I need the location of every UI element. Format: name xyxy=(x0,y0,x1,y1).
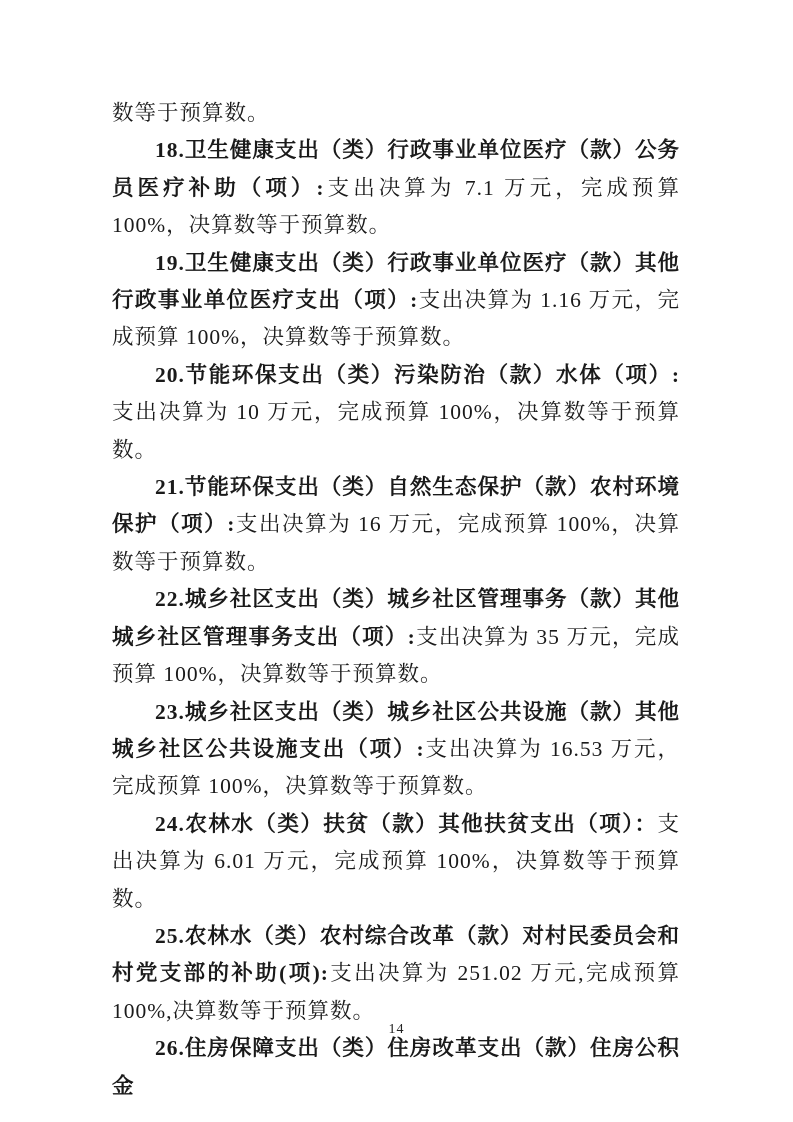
page-number: 14 xyxy=(0,1022,793,1038)
paragraph: 数等于预算数。 xyxy=(112,95,680,132)
paragraph: 23.城乡社区支出（类）城乡社区公共设施（款）其他城乡社区公共设施支出（项）:支… xyxy=(112,694,680,806)
paragraph-body: 支出决算为 10 万元，完成预算 100%，决算数等于预算数。 xyxy=(112,400,680,461)
paragraph-body: 数等于预算数。 xyxy=(112,101,270,125)
paragraph: 21.节能环保支出（类）自然生态保护（款）农村环境保护（项）:支出决算为 16 … xyxy=(112,469,680,581)
paragraph: 20.节能环保支出（类）污染防治（款）水体（项）:支出决算为 10 万元，完成预… xyxy=(112,357,680,469)
paragraph: 19.卫生健康支出（类）行政事业单位医疗（款）其他行政事业单位医疗支出（项）:支… xyxy=(112,245,680,357)
paragraph-head: 24.农林水（类）扶贫（款）其他扶贫支出（项）： xyxy=(155,812,657,836)
paragraph-head: 26.住房保障支出（类）住房改革支出（款）住房公积金 xyxy=(112,1036,680,1097)
paragraph-head: 20.节能环保支出（类）污染防治（款）水体（项）: xyxy=(155,363,680,387)
document-body-text: 数等于预算数。 18.卫生健康支出（类）行政事业单位医疗（款）公务员医疗补助（项… xyxy=(112,95,680,1105)
paragraph: 26.住房保障支出（类）住房改革支出（款）住房公积金 xyxy=(112,1030,680,1105)
document-page: 数等于预算数。 18.卫生健康支出（类）行政事业单位医疗（款）公务员医疗补助（项… xyxy=(0,0,793,1122)
paragraph: 25.农林水（类）农村综合改革（款）对村民委员会和村党支部的补助(项):支出决算… xyxy=(112,918,680,1030)
paragraph: 22.城乡社区支出（类）城乡社区管理事务（款）其他城乡社区管理事务支出（项）:支… xyxy=(112,581,680,693)
paragraph: 18.卫生健康支出（类）行政事业单位医疗（款）公务员医疗补助（项）:支出决算为 … xyxy=(112,132,680,244)
paragraph: 24.农林水（类）扶贫（款）其他扶贫支出（项）：支出决算为 6.01 万元，完成… xyxy=(112,806,680,918)
